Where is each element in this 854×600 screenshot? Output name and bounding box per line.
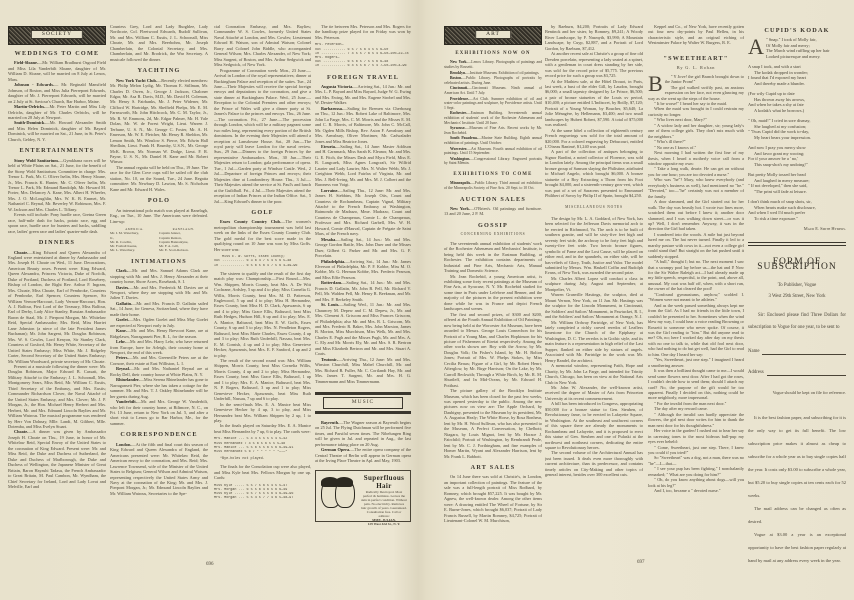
paragraph: " Oh, do you know anything about dogs—wi… bbox=[648, 477, 744, 488]
list-item: Johnson - Edwards.— Mr. Reginald Mansfie… bbox=[8, 82, 106, 104]
paragraph: The picture gallery of the Brooklyn Inst… bbox=[444, 388, 542, 459]
list-item: Events will include: Pony hurdle race, G… bbox=[8, 212, 106, 234]
list-item: Field-Sloane.—Mr. William Bradhurst Osgo… bbox=[8, 60, 106, 82]
golf-heading: GOLF bbox=[214, 210, 311, 215]
story-drop-cap: B bbox=[648, 75, 663, 93]
page-number-left: 696 bbox=[206, 562, 214, 567]
list-item: Vanderbilt.—Mr. and Mrs. George W. Vande… bbox=[110, 399, 208, 426]
paragraph: A part of the collection of antiques bel… bbox=[545, 149, 643, 198]
keppel-intro: Keppel and Co., of New York, have recent… bbox=[648, 24, 744, 46]
item-lead: Bayreuth. bbox=[321, 420, 339, 425]
subscription-paragraphs: It is the best fashion paper, and subscr… bbox=[748, 411, 846, 564]
score-row: In ............ 6 5 6 5 6 4 7 5 6 4—49—9… bbox=[214, 264, 311, 268]
exhibitions-to-come-list: Minneapolis.—Public Library. Third annua… bbox=[444, 181, 542, 190]
item-lead: Etruria. bbox=[321, 144, 336, 149]
subscription-paragraph: Vogue at $3.00 a year is an exceptional … bbox=[748, 528, 846, 564]
poem-line: A kodak's what he borrows.) bbox=[748, 108, 846, 114]
right-column-2: by Raeburn, $4,200; Portraits of Lady Ed… bbox=[545, 24, 643, 549]
story-paragraphs: " Y Jove! the girl Branch brought down t… bbox=[648, 74, 744, 494]
poem-line: My heart bears your impression. bbox=[748, 135, 846, 141]
society-banner: SOCIETY bbox=[8, 26, 106, 45]
list-item: Rochester.—Eastman Building. Seventeenth… bbox=[444, 111, 542, 125]
item-lead: Smith-Dominick. bbox=[14, 120, 45, 125]
list-item: Davies.—Mr. and Mrs. Frederick M. Davies… bbox=[110, 285, 208, 301]
exhibitions-to-come-heading: EXHIBITIONS TO COME bbox=[444, 172, 542, 177]
consolation-scorecard: Miss Kyle ..... 5 5 7 5 6 5 4 5 5—47Mrs.… bbox=[214, 484, 311, 501]
poem-line: And thereby made a blunder. bbox=[748, 81, 846, 87]
item-lead: Philadelphia. bbox=[321, 259, 345, 264]
name-label: Name bbox=[748, 349, 759, 354]
item-lead: Minneapolis. bbox=[450, 181, 471, 185]
paragraph: " A widow lady and her daughter, sir; yo… bbox=[648, 123, 744, 139]
list-item: Kane.—Mr. and Mrs. Henry Brevoort Kane, … bbox=[110, 328, 208, 339]
paragraph: " Although the invalid can hardly apprec… bbox=[648, 412, 744, 428]
address-line[interactable] bbox=[767, 369, 846, 376]
correspondence-list: London.—At the fifth and final court thi… bbox=[110, 442, 208, 497]
exhibitions-now-list: New York.—Lenox Library. Photographs of … bbox=[444, 60, 542, 165]
art-banner: ART bbox=[444, 26, 542, 45]
intimations-list: Clark.—Mr. and Mrs. Samuel Adams Clark a… bbox=[110, 268, 208, 426]
item-lead: Field-Sloane. bbox=[14, 60, 38, 65]
magazine-spread: SOCIETY WEDDINGS TO COME Field-Sloane.—M… bbox=[0, 0, 854, 600]
address-label: Address bbox=[748, 370, 764, 375]
gossip-subheading: CONCERNING EXHIBITIONS bbox=[444, 232, 542, 237]
gossip-heading: GOSSIP bbox=[444, 223, 542, 228]
coronation-programme: Programme of Coronation week: Mon., 23 J… bbox=[214, 68, 311, 204]
left-column-2: Countess Grey, Lord and Lady Burghlee, L… bbox=[110, 24, 208, 544]
subscription-paragraph: It is the best fashion paper, and subscr… bbox=[748, 411, 846, 502]
art-sales-heading: ART SALES bbox=[444, 465, 542, 470]
paragraph: At the same hôtel a collection of eighte… bbox=[545, 128, 643, 150]
right-column-3: Keppel and Co., of New York, have recent… bbox=[648, 24, 744, 559]
story-body: B " Y Jove! the girl Branch brought down… bbox=[648, 74, 744, 494]
left-column-1: SOCIETY WEDDINGS TO COME Field-Sloane.—M… bbox=[8, 24, 106, 544]
paragraph: And I, too, became a " devoted nurse." bbox=[648, 488, 744, 493]
score-row: Mrs. Morgan ... 5 5 4 5 7 7 4 6 5—48—97 bbox=[214, 496, 311, 500]
paragraph: Mr. John W. Alexander, the well-known ar… bbox=[545, 385, 643, 401]
item-lead: South Pasadena. bbox=[450, 136, 478, 140]
item-lead: Providence. bbox=[450, 97, 469, 101]
list-item: Boston.—Public Library. Photographs of p… bbox=[444, 76, 542, 85]
list-item: Martin-Oelrichs.—Mr. Peter Martin and Mi… bbox=[8, 104, 106, 120]
item-lead: Boston. bbox=[450, 76, 462, 80]
paragraph: Next morning I had written the first lin… bbox=[648, 150, 744, 166]
subscription-form-title: FORM OF SUBSCRIPTION bbox=[748, 260, 846, 271]
polo-heading: POLO bbox=[110, 198, 208, 203]
list-item: Cincinnati.—Cincinnati Museum. Ninth ann… bbox=[444, 86, 542, 95]
auction-sales-list: New York.—O'Brien's. Oil paintings and f… bbox=[444, 206, 542, 217]
list-item: Barbarossa.—Sailing for Bremen via Cherb… bbox=[315, 106, 411, 144]
item-lead: Choate. bbox=[14, 250, 28, 255]
paragraph: " Come, Sweetheart, just one step. There… bbox=[648, 445, 744, 456]
handicap-tie-text: The tie between Mrs. Peterson and Mrs. R… bbox=[315, 24, 411, 40]
paragraph: Mr. Jean Rochebid, a young American arti… bbox=[444, 274, 542, 312]
list-item: Peters.—Mr. and Mrs. Greenville Peters a… bbox=[110, 355, 208, 366]
list-item: Present at a musicale following the dinn… bbox=[8, 364, 106, 429]
auction-sales-heading: AUCTION SALES bbox=[444, 197, 542, 202]
qualifying-scorecard: Miss E. W. Goffs, Essex County; Out ....… bbox=[214, 255, 311, 268]
entertainments-list: Stony Wold Sanitarium.—Gymkhana races wi… bbox=[8, 158, 106, 234]
continuation-text: Countess Grey, Lord and Lady Burghlee, L… bbox=[110, 24, 208, 62]
item-lead: Goelet. bbox=[116, 317, 129, 322]
paragraph: So "Sweetheart" was a dog, not a man, th… bbox=[648, 455, 744, 466]
poem-stanza: A snap I took, and with a startThe kodak… bbox=[748, 64, 846, 86]
poem-line: This snap-shot's my undoing!" bbox=[748, 162, 846, 168]
golf-intro: Essex County Country Club.—The women's m… bbox=[214, 219, 311, 252]
intimations-heading: INTIMATIONS bbox=[110, 259, 208, 264]
list-item: Goelet.—Mrs. Ogden Goelet and Miss May G… bbox=[110, 317, 208, 328]
paragraph: Mr. William Ordway Partridge, of New Yor… bbox=[545, 320, 643, 364]
music-banner: MUSIC bbox=[315, 392, 411, 414]
paragraph: In the finals played on Saturday Mrs. E.… bbox=[214, 423, 311, 434]
list-item: Augusta Victoria.—Arriving Sat., 14 Jun.… bbox=[315, 84, 411, 106]
superfluous-hair-advertisement: Superfluous Hair Radically Destroyed. Mo… bbox=[315, 470, 411, 522]
foreign-travel-heading: FOREIGN TRAVEL bbox=[315, 75, 411, 80]
handicap-scorecard: Mrs. Peterson—Out ........... 6 5 7 5 6 … bbox=[315, 43, 411, 68]
paragraph: The sixteen to qualify and the result of… bbox=[214, 271, 311, 358]
poem-stanza: And now I pray you mercy showAnd favor g… bbox=[748, 145, 846, 167]
right-column-4: CUPID'S KODAK A " Snap." I took of Molly… bbox=[748, 24, 846, 564]
paragraph: "Yes, Sweetheart, just one step." I imag… bbox=[648, 357, 744, 368]
continuation-text: cial Coronation Embassy, and Mrs. Baylie… bbox=[214, 24, 311, 68]
list-item: Reynal.—Mr. and Mrs. Nathaniel Reynal ar… bbox=[110, 366, 208, 377]
music-banner-label: MUSIC bbox=[323, 397, 403, 409]
list-item: New York.—Lenox Library. Photographs of … bbox=[444, 60, 542, 69]
ad-address: 129 West 42d St., N. Y. bbox=[361, 522, 407, 526]
list-item: Rhinelander.—Miss Serena Rhinelander has… bbox=[110, 377, 208, 399]
two-faces-illustration-icon bbox=[319, 474, 357, 514]
scorecard-rows: Out ........... 6 3 6 4 7 5 4 5 6 5—48In… bbox=[214, 259, 311, 267]
poem-stanza: " Oh, maid!" I cried in sore dismay,She … bbox=[748, 118, 846, 140]
divider-rule bbox=[748, 242, 846, 246]
paragraph: Her voice in the garden! I rushed out to… bbox=[648, 428, 744, 444]
art-sales-paragraphs: On 14 June there was sold at Christie's,… bbox=[444, 474, 542, 523]
list-item: Choate.—King Edward and Queen Alexandra … bbox=[8, 250, 106, 365]
finals-note: *Bye-holes not played. bbox=[214, 457, 311, 461]
subscription-body: Sir: Enclosed please find Three Dollars … bbox=[748, 310, 846, 334]
weddings-list: Field-Sloane.—Mr. William Bradhurst Osgo… bbox=[8, 60, 106, 142]
gossip-paragraphs: The seventeenth annual exhibition of stu… bbox=[444, 241, 542, 459]
list-item: Syracuse.—Museum of Fine Arts. Recent wo… bbox=[444, 126, 542, 135]
list-item: London.—At the fifth and final court thi… bbox=[110, 442, 208, 497]
item-lead: New York Yacht Club. bbox=[116, 78, 157, 83]
paragraph: The design by Mr. L. A. Goddard, of New … bbox=[545, 216, 643, 276]
item-lead: Rotterdam. bbox=[321, 280, 342, 285]
lineup-player: Mr. E. Scott-Robson. bbox=[159, 248, 208, 252]
paragraph: A memorial window, representing Faith, H… bbox=[545, 363, 643, 385]
poem-stanzas: " Snap." I took of Molly fair,Of Molly f… bbox=[748, 37, 846, 221]
item-lead: Rochester. bbox=[450, 111, 467, 115]
poem-stanza: I don't think much of snap shots, sir,Wh… bbox=[748, 199, 846, 221]
name-field[interactable]: Name bbox=[748, 348, 846, 355]
list-item: Minneapolis.—Public Library. Third annua… bbox=[444, 181, 542, 190]
list-item: Etruria.—Sailing Sat., 14 June: Master A… bbox=[315, 144, 411, 188]
item-lead: Johnson - Edwards. bbox=[14, 82, 54, 87]
yachting-list: New York Yacht Club.—Recently elected me… bbox=[110, 78, 208, 193]
poem-line: "The print will fade at leisure. bbox=[748, 189, 846, 195]
paragraph: " I see your pup has been fighting," I n… bbox=[648, 466, 744, 477]
golf-paragraphs: The sixteen to qualify and the result of… bbox=[214, 271, 311, 435]
list-item: Philadelphia.—Arriving Sat., 14 Jun.: Mr… bbox=[315, 259, 411, 281]
poem-stanza: (For wily Cupid up to dateHas thrown awa… bbox=[748, 91, 846, 113]
foreign-travel-list: Augusta Victoria.—Arriving Sat., 14 Jun.… bbox=[315, 84, 411, 384]
paragraph: The first and second prizes, of $300 and… bbox=[444, 312, 542, 388]
item-lead: Lehr. bbox=[116, 339, 126, 344]
polo-text: An international polo match was played a… bbox=[110, 208, 208, 224]
score-row: In ............ 6 4 5 5 6 7 5 4 7—50—100… bbox=[315, 64, 411, 68]
item-lead: German Opera. bbox=[321, 447, 350, 452]
society-banner-label: SOCIETY bbox=[31, 30, 83, 39]
item-lead: Stony Wold Sanitarium. bbox=[14, 158, 59, 163]
paragraph: The result of the second round was: Mrs.… bbox=[214, 358, 311, 402]
list-item: South Pasadena.—Marine State Building. E… bbox=[444, 136, 542, 145]
subscription-paragraph: The mail address can be changed as often… bbox=[748, 502, 846, 528]
list-item: Worcester.—Art Museum. Fourth annual exh… bbox=[444, 147, 542, 156]
misc-notes-heading: MISCELLANEOUS NOTES bbox=[545, 205, 643, 210]
lineup-ranelagh: Captain Jenner,Captain Renton,Captain Ba… bbox=[159, 231, 208, 252]
left-column-4: The tie between Mrs. Peterson and Mrs. R… bbox=[315, 24, 411, 554]
list-item: Lehr.—Mr. and Mrs. Harry Lehr, who have … bbox=[110, 339, 208, 355]
dinners-heading: DINNERS bbox=[8, 240, 106, 245]
sales-continuation: by Raeburn, $4,200; Portraits of Lady Ed… bbox=[545, 24, 643, 199]
item-lead: Reynal. bbox=[116, 366, 130, 371]
address-field[interactable]: Address bbox=[748, 369, 846, 376]
list-item: Stony Wold Sanitarium.—Gymkhana races wi… bbox=[8, 158, 106, 213]
list-item: Choate.—A dinner was given by Ambassador… bbox=[8, 429, 106, 489]
item-lead: Worcester. bbox=[450, 147, 467, 151]
list-item: Gallatin.—Mr. and Mrs. Francis D. Gallat… bbox=[110, 301, 208, 317]
list-item: Teutonic.—Arriving Thu., 12 June: Mr. an… bbox=[315, 357, 411, 384]
left-column-3: cial Coronation Embassy, and Mrs. Baylie… bbox=[214, 24, 311, 554]
item-lead: Davies. bbox=[116, 285, 129, 290]
item-lead: Martin-Oelrichs. bbox=[14, 104, 45, 109]
lineup-america: Mr. I. M. Waterbury,Jr.,Mr. R. Cowdin,Mr… bbox=[110, 231, 159, 252]
name-line[interactable] bbox=[762, 348, 846, 355]
item-lead: Augusta Victoria. bbox=[321, 84, 353, 89]
paragraph: Warren Granville Hastings, the sculptor,… bbox=[545, 292, 643, 319]
item-lead: Washington. bbox=[450, 157, 470, 161]
paragraph: It was then a brilliant thought came to … bbox=[648, 368, 744, 401]
item-lead: New York. bbox=[450, 206, 470, 211]
page-number-right: 697 bbox=[637, 560, 645, 565]
poem-title: CUPID'S KODAK bbox=[748, 28, 846, 33]
file-note: Vogue should be kept on file for referen… bbox=[748, 390, 846, 395]
poem-signature: Maud E. Smith Hymers. bbox=[748, 226, 846, 232]
paragraph: "A bull," thought I; but no. The next mo… bbox=[648, 259, 744, 292]
weddings-heading: WEDDINGS TO COME bbox=[8, 51, 106, 56]
dinners-list: Choate.—King Edward and Queen Alexandra … bbox=[8, 250, 106, 490]
paragraph: A door slammed, and the Girl started out… bbox=[648, 199, 744, 232]
subscription-form: FORM OF SUBSCRIPTION To Publisher, Vogue… bbox=[748, 260, 846, 564]
story-byline: By G. L. Rohan bbox=[648, 65, 744, 70]
publisher-line: To Publisher, Vogue bbox=[748, 283, 846, 288]
item-lead: Teutonic. bbox=[321, 357, 338, 362]
golf-text: —The women's metropolitan championship t… bbox=[214, 219, 311, 251]
paragraph: In the semi-finals Mrs. E. A. Manice bea… bbox=[214, 402, 311, 424]
paragraph: The second volume of the Architectural A… bbox=[545, 450, 643, 477]
paragraph: When the maid was brought in I could res… bbox=[648, 106, 744, 117]
list-item: New York.—O'Brien's. Oil paintings and f… bbox=[444, 206, 542, 217]
ad-body: Radically Destroyed. Most perfect & harm… bbox=[361, 490, 407, 518]
item-lead: Kane. bbox=[116, 328, 127, 333]
entertainments-heading: ENTERTAINMENTS bbox=[8, 148, 106, 153]
list-item: Lorraine.—Sailing Thu., 12 June: Mr. and… bbox=[315, 188, 411, 237]
item-lead: London. bbox=[116, 442, 131, 447]
paragraph: "Confound gymnasiums, anyhow," scolded I… bbox=[648, 292, 744, 303]
item-lead: Vanderbilt. bbox=[116, 399, 137, 404]
right-column-1: ART EXHIBITIONS NOW ON New York.—Lenox L… bbox=[444, 24, 542, 549]
paragraph: On 14 June there was sold at Christie's,… bbox=[444, 474, 542, 523]
exhibitions-now-heading: EXHIBITIONS NOW ON bbox=[444, 51, 542, 56]
list-item: Brooklyn.—Institute Museum. Exhibition o… bbox=[444, 71, 542, 76]
paragraph: At another recent sale at Christie's a g… bbox=[545, 51, 643, 78]
ad-title: Superfluous Hair bbox=[361, 474, 407, 490]
list-item: St. Louis.—Sailing Wed., 11 Jun.: Mr. an… bbox=[315, 302, 411, 357]
item-lead: Syracuse. bbox=[450, 126, 466, 130]
list-item: Bayreuth.—The Wagner season at Bayreuth … bbox=[315, 420, 411, 447]
list-item: German Opera.—The entire opera company o… bbox=[315, 447, 411, 463]
paragraph: I wandered into the woods. A mile but ju… bbox=[648, 232, 744, 259]
item-lead: Clark. bbox=[116, 268, 128, 273]
paragraph: And as the week passed something always … bbox=[648, 303, 744, 358]
list-item: Providence.—Art Club. Summer exhibition … bbox=[444, 97, 542, 111]
polo-lineup: AMERICA.Mr. I. M. Waterbury,Jr.,Mr. R. C… bbox=[110, 227, 208, 253]
item-lead: Brooklyn. bbox=[450, 71, 466, 75]
list-item: Washington.—Congressional Library. Engra… bbox=[444, 157, 542, 166]
misc-notes-paragraphs: The design by Mr. L. A. Goddard, of New … bbox=[545, 216, 643, 478]
poem-drop-cap: A bbox=[748, 38, 764, 56]
publisher-address: 3 West 29th Street, New York bbox=[748, 294, 846, 299]
item-lead: St. Louis. bbox=[321, 302, 339, 307]
list-item: Rotterdam.—Sailing Sat., 14 Jun.: Mr. an… bbox=[315, 280, 411, 302]
poem-stanza: But pretty Molly tossed her headAnd laug… bbox=[748, 172, 846, 194]
paragraph: Who was "he"? Mary, who knew everybody (… bbox=[648, 177, 744, 199]
list-item: Mesaba.—Sailing Sat., 14 Jun.: Mr. and M… bbox=[315, 237, 411, 259]
list-item: New York Yacht Club.—Recently elected me… bbox=[110, 78, 208, 165]
correspondence-heading: CORRESPONDENCE bbox=[110, 432, 208, 437]
paragraph: A bill has been introduced in Congress, … bbox=[545, 401, 643, 450]
golf-lead: Essex County Country Club. bbox=[220, 219, 281, 224]
score-row: Miss Hernandez 5 6 7 * * * * * *—…—* bbox=[214, 450, 311, 454]
list-item: The annual regatta will be held on Thu.,… bbox=[110, 165, 208, 192]
yachting-heading: YACHTING bbox=[110, 68, 208, 73]
music-list: Bayreuth.—The Wagner season at Bayreuth … bbox=[315, 420, 411, 464]
consolation-text: The finals for the Consolation cup were … bbox=[214, 464, 311, 480]
list-item: Smith-Dominick.—Mr. Howard Alexander Smi… bbox=[8, 120, 106, 142]
finals-scorecard: Mrs. Manice ... 5 4 4 5 5 5 5 4 5—42Miss… bbox=[214, 437, 311, 454]
story-title: "SWEETHEART" bbox=[648, 56, 744, 61]
item-lead: Mesaba. bbox=[321, 237, 336, 242]
item-lead: Choate. bbox=[14, 429, 28, 434]
item-lead: Cincinnati. bbox=[450, 86, 468, 90]
poem: A " Snap." I took of Molly fair,Of Molly… bbox=[748, 37, 846, 232]
list-item: Clark.—Mr. and Mrs. Samuel Adams Clark a… bbox=[110, 268, 208, 284]
item-lead: Barbarossa. bbox=[321, 106, 343, 111]
item-lead: Peters. bbox=[116, 355, 129, 360]
paragraph: " Take a long walk, dearie. He can get o… bbox=[648, 166, 744, 177]
poem-line: To risk a time exposure." bbox=[748, 216, 846, 222]
item-lead: Lorraine. bbox=[321, 188, 339, 193]
item-lead: New York. bbox=[450, 60, 467, 64]
paragraph: At the Mathieu sale, at the Hôtel Drouot… bbox=[545, 79, 643, 128]
art-banner-label: ART bbox=[475, 30, 511, 39]
lineup-player: Mr. L. Waterbury. bbox=[110, 248, 159, 252]
item-lead: Rhinelander. bbox=[116, 377, 140, 382]
paragraph: The seventeenth annual exhibition of stu… bbox=[444, 241, 542, 274]
item-lead: Gallatin. bbox=[116, 301, 132, 306]
paragraph: by Raeburn, $4,200; Portraits of Lady Ed… bbox=[545, 24, 643, 51]
paragraph: Mr. Charles Albert Lopez will conduct a … bbox=[545, 276, 643, 292]
